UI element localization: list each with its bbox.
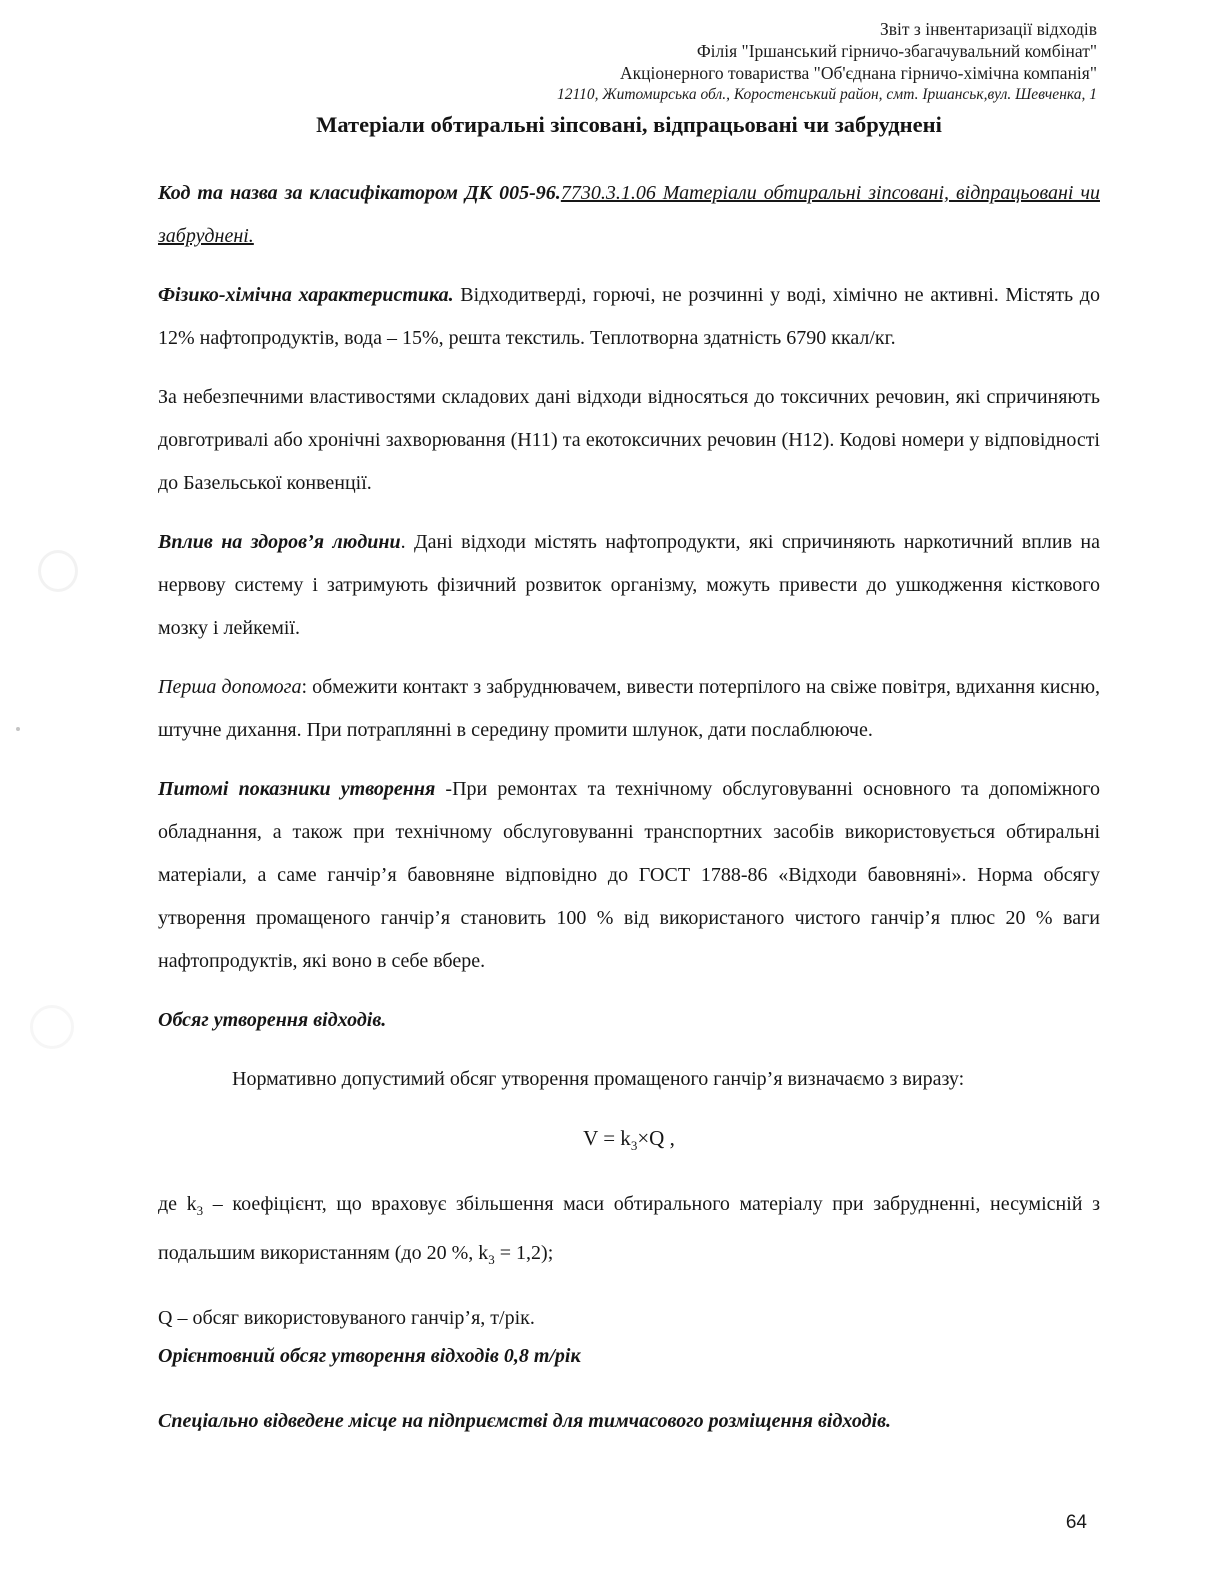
- formula-v-k3-q: V = k3×Q ,: [158, 1117, 1100, 1167]
- volume-intro: Нормативно допустимий обсяг утворення пр…: [158, 1058, 1100, 1101]
- paragraph-first-aid: Перша допомога: обмежити контакт з забру…: [158, 666, 1100, 752]
- page-number: 64: [1066, 1512, 1087, 1534]
- hole-punch-artifact: [38, 550, 78, 592]
- hazard-text: За небезпечними властивостями складових …: [158, 386, 1100, 494]
- formula-right: ×Q ,: [637, 1126, 675, 1150]
- physchem-lead: Фізико-хімічна характеристика.: [158, 284, 454, 306]
- paragraph-health-impact: Вплив на здоров’я людини. Дані відходи м…: [158, 521, 1100, 650]
- formation-lead: Питомі показники утворення: [158, 778, 435, 800]
- paragraph-physchem: Фізико-хімічна характеристика. Відходитв…: [158, 274, 1100, 360]
- paragraph-q-definition: Q – обсяг використовуваного ганчір’я, т/…: [158, 1297, 1100, 1340]
- letterhead-line-company: Акціонерного товариства "Об'єднана гірни…: [300, 62, 1097, 84]
- k3-def-part3: = 1,2);: [495, 1242, 554, 1264]
- health-lead: Вплив на здоров’я людини: [158, 531, 401, 553]
- paragraph-k3-definition: де k3 – коефіцієнт, що враховує збільшен…: [158, 1183, 1100, 1281]
- k3-def-part2: – коефіцієнт, що враховує збільшення мас…: [158, 1193, 1100, 1264]
- classifier-lead: Код та назва за класифікатором ДК 005-96…: [158, 182, 561, 204]
- formation-text: -При ремонтах та технічному обслуговуван…: [158, 778, 1100, 972]
- paragraph-formation-rates: Питомі показники утворення -При ремонтах…: [158, 768, 1100, 983]
- letterhead: Звіт з інвентаризації відходів Філія "Ір…: [300, 18, 1097, 106]
- page-title: Матеріали обтиральні зіпсовані, відпраць…: [158, 112, 1100, 138]
- paragraph-classifier-code: Код та назва за класифікатором ДК 005-96…: [158, 172, 1100, 258]
- k3-def-part1: де k: [158, 1193, 197, 1215]
- first-aid-lead: Перша допомога: [158, 676, 301, 698]
- letterhead-line-report: Звіт з інвентаризації відходів: [300, 18, 1097, 40]
- document-body: Код та назва за класифікатором ДК 005-96…: [158, 172, 1100, 1459]
- formula-left: V = k: [583, 1126, 631, 1150]
- paragraph-hazard: За небезпечними властивостями складових …: [158, 376, 1100, 505]
- document-page: Звіт з інвентаризації відходів Філія "Ір…: [0, 0, 1219, 1574]
- letterhead-line-branch: Філія "Іршанський гірничо-збагачувальний…: [300, 40, 1097, 62]
- scan-speck: [16, 727, 20, 731]
- estimated-volume: Орієнтовний обсяг утворення відходів 0,8…: [158, 1335, 1100, 1378]
- letterhead-line-address: 12110, Житомирська обл., Коростенський р…: [300, 84, 1097, 106]
- storage-place-heading: Спеціально відведене місце на підприємст…: [158, 1400, 1100, 1443]
- hole-punch-artifact: [30, 1005, 74, 1049]
- volume-heading: Обсяг утворення відходів.: [158, 999, 1100, 1042]
